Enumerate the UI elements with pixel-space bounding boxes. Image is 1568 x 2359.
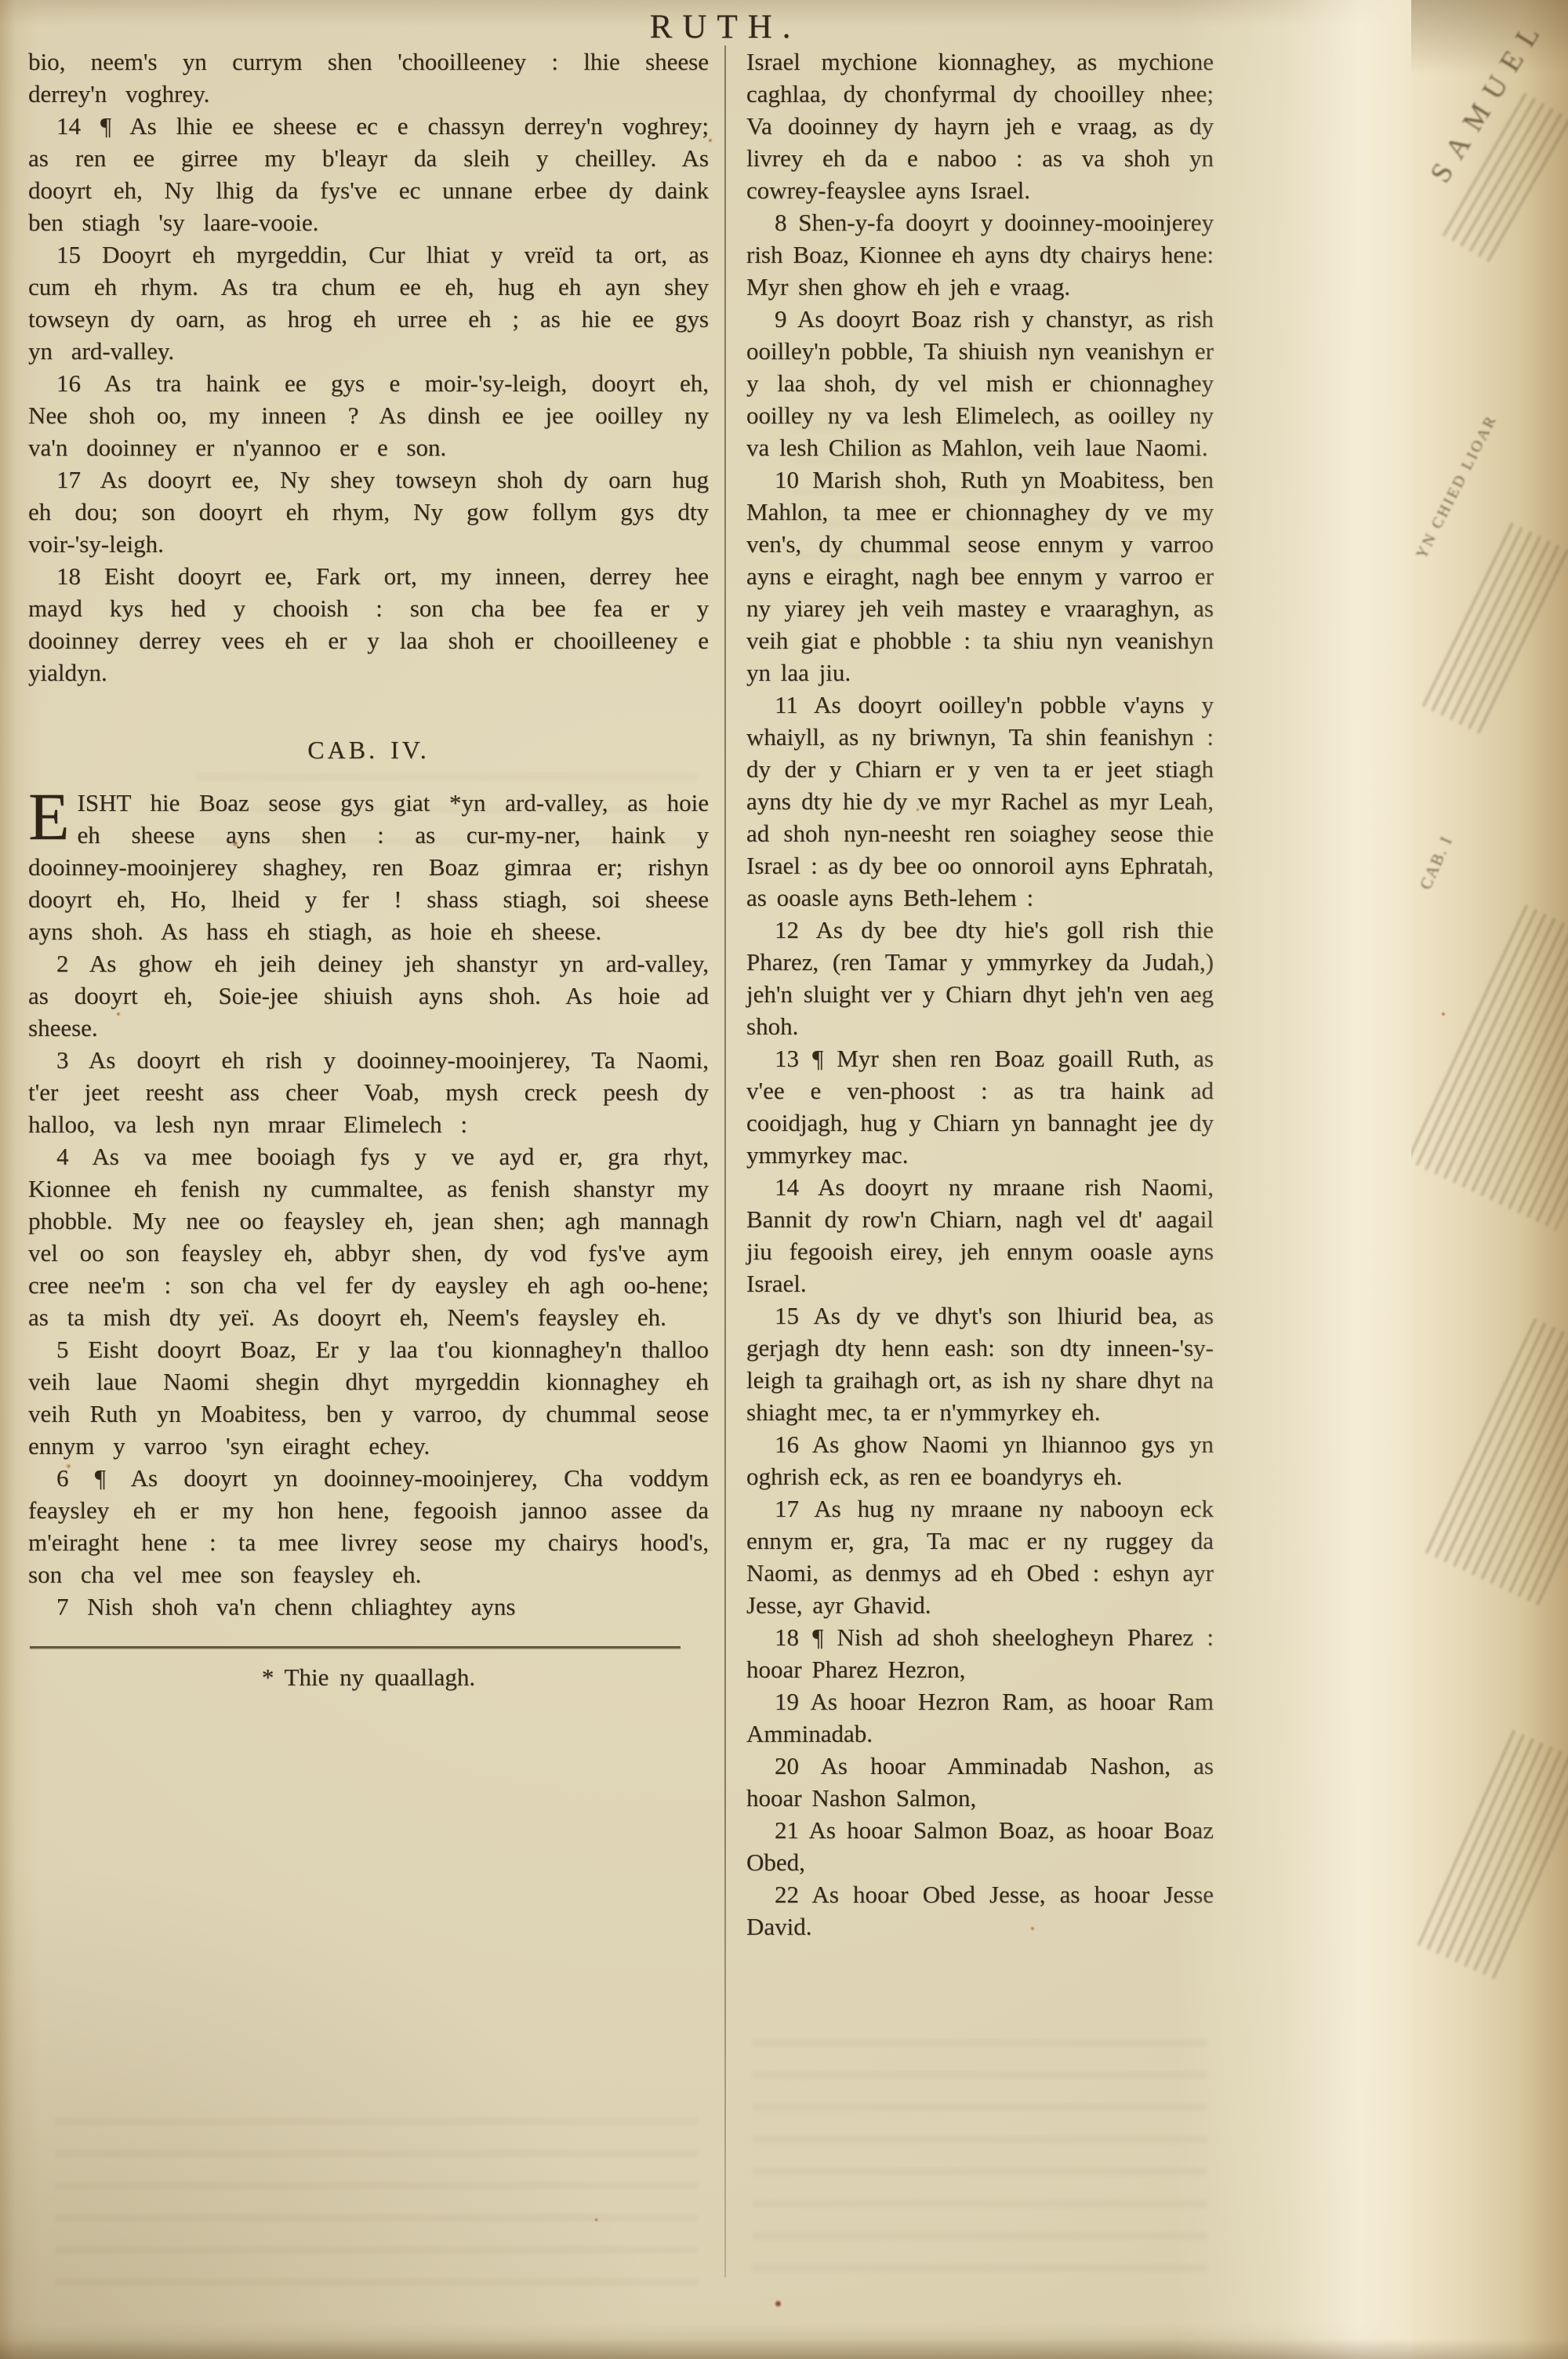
verse-paragraph: 17 As dooyrt ee, Ny shey towseyn shoh dy… [28,463,709,560]
verse-paragraph: 6 ¶ As dooyrt yn dooinney-mooinjerey, Ch… [28,1462,709,1590]
verse-text: ISHT hie Boaz seose gys giat *yn ard-val… [28,789,709,945]
verse-paragraph: 20 As hooar Amminadab Nashon, as hooar N… [746,1750,1214,1814]
verse-paragraph: bio, neem's yn currym shen 'chooilleeney… [28,45,709,110]
verse-paragraph: 13 ¶ Myr shen ren Boaz goaill Ruth, as v… [746,1042,1214,1171]
next-page-text-blur [1422,522,1568,736]
verse-paragraph: 9 As dooyrt Boaz rish y chanstyr, as ris… [746,303,1214,463]
verse-paragraph: 14 ¶ As lhie ee sheese ec e chassyn derr… [28,110,709,238]
next-page-text-blur [1411,905,1568,1230]
right-column: Israel mychione kionnaghey, as mychione … [746,45,1214,1943]
verse-paragraph: 10 Marish shoh, Ruth yn Moabitess, ben M… [746,463,1214,689]
verse-paragraph: Israel mychione kionnaghey, as mychione … [746,45,1214,206]
drop-cap: E [28,787,78,841]
verse-paragraph: 4 As va mee booiagh fys y ve ayd er, gra… [28,1140,709,1333]
next-page-subtitle: YN CHIED LIOAR [1413,412,1501,562]
next-page-chapter-heading: CAB. I [1416,833,1457,893]
showthrough-ghost [753,2039,1207,2274]
running-head: RUTH. [650,8,801,46]
book-page-photo: RUTH. bio, neem's yn currym shen 'chooil… [0,0,1568,2359]
ink-speck [775,2299,782,2308]
verse-paragraph: 18 Eisht dooyrt ee, Fark ort, my inneen,… [28,560,709,689]
next-page-text-blur [1417,1730,1568,1980]
verse-paragraph: 2 As ghow eh jeih deiney jeh shanstyr yn… [28,947,709,1044]
showthrough-ghost [55,2117,698,2306]
verse-paragraph: 16 As ghow Naomi yn lhiannoo gys yn oghr… [746,1428,1214,1492]
footnote-rule [30,1646,681,1648]
chapter-heading: CAB. IV. [28,734,709,766]
verse-paragraph: 17 As hug ny mraane ny nabooyn eck ennym… [746,1492,1214,1621]
verse-paragraph: 11 As dooyrt ooilley'n pobble v'ayns y w… [746,689,1214,914]
footnote: * Thie ny quaallagh. [28,1661,709,1693]
column-divider-rule [724,45,726,2277]
verse-paragraph: EISHT hie Boaz seose gys giat *yn ard-va… [28,787,709,947]
verse-paragraph: 15 Dooyrt eh myrgeddin, Cur lhiat y vreï… [28,238,709,367]
verse-paragraph: 12 As dy bee dty hie's goll rish thie Ph… [746,914,1214,1042]
foxing-spot [594,2218,598,2222]
left-column: bio, neem's yn currym shen 'chooilleeney… [28,45,709,1693]
verse-paragraph: 18 ¶ Nish ad shoh sheelogheyn Pharez : h… [746,1621,1214,1685]
verse-paragraph: 8 Shen-y-fa dooyrt y dooinney-mooinjerey… [746,206,1214,303]
verse-paragraph: 16 As tra haink ee gys e moir-'sy-leigh,… [28,367,709,463]
verse-paragraph: 22 As hooar Obed Jesse, as hooar Jesse D… [746,1878,1214,1943]
verse-paragraph: 15 As dy ve dhyt's son lhiurid bea, as g… [746,1299,1214,1428]
verse-paragraph: 14 As dooyrt ny mraane rish Naomi, Banni… [746,1171,1214,1299]
verse-paragraph: 7 Nish shoh va'n chenn chliaghtey ayns [28,1590,709,1623]
verse-paragraph: 19 As hooar Hezron Ram, as hooar Ram Amm… [746,1685,1214,1750]
verse-paragraph: 21 As hooar Salmon Boaz, as hooar Boaz O… [746,1814,1214,1878]
next-page-edge: SAMUEL YN CHIED LIOAR CAB. I [1411,0,1568,2359]
verse-paragraph: 3 As dooyrt eh rish y dooinney-mooinjere… [28,1044,709,1140]
verse-paragraph: 5 Eisht dooyrt Boaz, Er y laa t'ou kionn… [28,1333,709,1462]
next-page-text-blur [1425,1318,1568,1606]
